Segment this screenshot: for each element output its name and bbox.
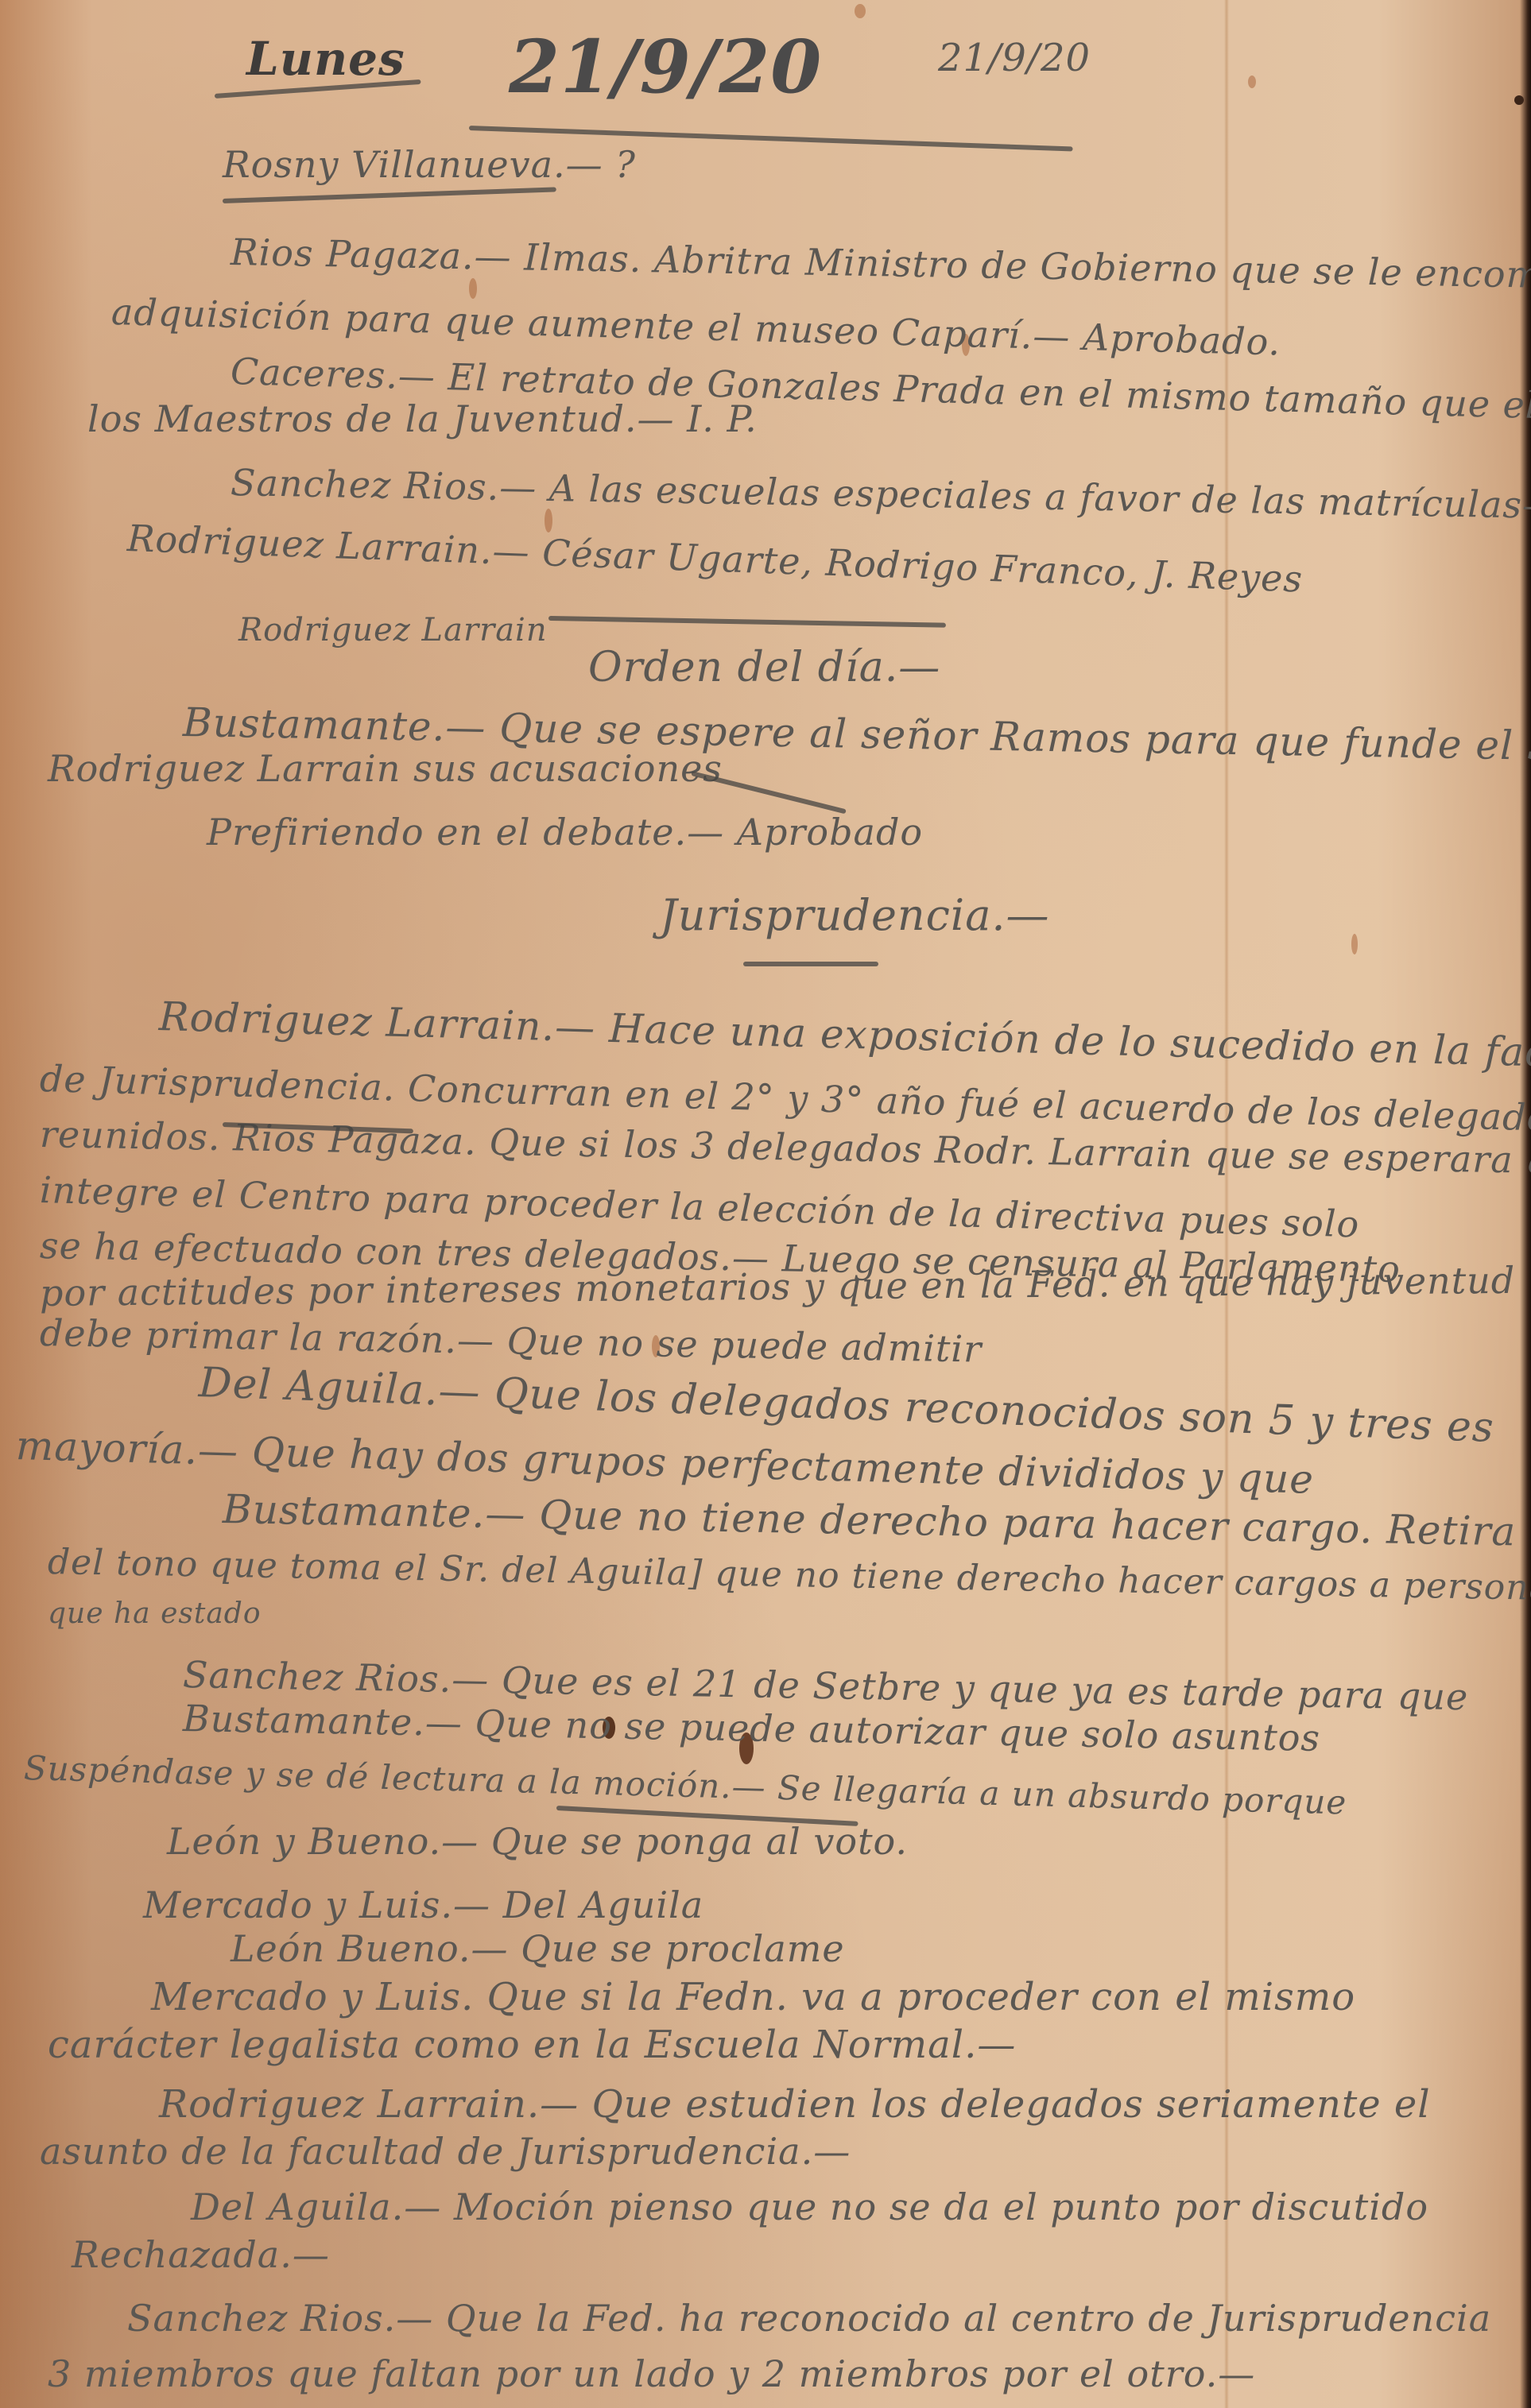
underline: [691, 771, 847, 814]
section-title: Jurisprudencia.—: [660, 890, 1050, 940]
entry-line: Rodriguez Larrain.— César Ugarte, Rodrig…: [126, 517, 1304, 601]
header-date: 21/9/20: [509, 24, 822, 110]
entry-line: Rechazada.—: [72, 2233, 330, 2276]
underline: [548, 616, 946, 628]
rust-stain: [1351, 934, 1358, 954]
entry-line: Sanchez Rios.— Que la Fed. ha reconocido…: [127, 2297, 1491, 2340]
entry-line: del tono que toma el Sr. del Aguila] que…: [48, 1542, 1531, 1609]
entry-line: León Bueno.— Que se proclame: [231, 1927, 845, 1970]
rust-stain: [469, 278, 477, 299]
entry-line: León y Bueno.— Que se ponga al voto.: [167, 1820, 908, 1863]
rust-stain: [1514, 95, 1524, 105]
entry-line: Mercado y Luis.— Del Aguila: [143, 1883, 703, 1926]
entry-line: los Maestros de la Juventud.— I. P.: [87, 397, 758, 440]
entry-line: asunto de la facultad de Jurisprudencia.…: [40, 2130, 851, 2173]
section-title: Orden del día.—: [588, 644, 940, 691]
entry-line: Rodriguez Larrain.— Que estudien los del…: [159, 2082, 1431, 2127]
entry-line: Sanchez Rios.— A las escuelas especiales…: [231, 461, 1531, 527]
entry-line: Suspéndase y se dé lectura a la moción.—…: [23, 1748, 1347, 1822]
entry-line: Bustamante.— Que no tiene derecho para h…: [222, 1486, 1516, 1554]
entry-line: Rodriguez Larrain: [238, 612, 548, 648]
underline: [223, 187, 556, 203]
entry-line: Mercado y Luis. Que si la Fedn. va a pro…: [151, 1975, 1355, 2019]
entry-line: 3 miembros que faltan por un lado y 2 mi…: [48, 2352, 1255, 2395]
paper-edge: [1520, 0, 1531, 2408]
entry-line: carácter legalista como en la Escuela No…: [48, 2023, 1016, 2067]
rust-stain: [1248, 75, 1256, 88]
entry-line: debe primar la razón.— Que no se puede a…: [40, 1311, 983, 1371]
underline: [743, 962, 878, 966]
entry-line: Rodriguez Larrain sus acusaciones: [48, 747, 723, 790]
entry-line: Prefiriendo en el debate.— Aprobado: [207, 811, 923, 854]
entry-line: Rosny Villanueva.— ?: [223, 143, 636, 186]
header-date-secondary: 21/9/20: [938, 36, 1091, 80]
manuscript-page: Lunes 21/9/20 21/9/20 Rosny Villanueva.—…: [0, 0, 1531, 2408]
header-weekday: Lunes: [246, 32, 405, 86]
rust-stain: [545, 509, 552, 532]
entry-line: Del Aguila.— Moción pienso que no se da …: [191, 2185, 1428, 2228]
rust-stain: [855, 4, 866, 18]
entry-line: que ha estado: [48, 1597, 262, 1630]
entry-line: Rios Pagaza.— Ilmas. Abritra Ministro de…: [231, 230, 1531, 299]
